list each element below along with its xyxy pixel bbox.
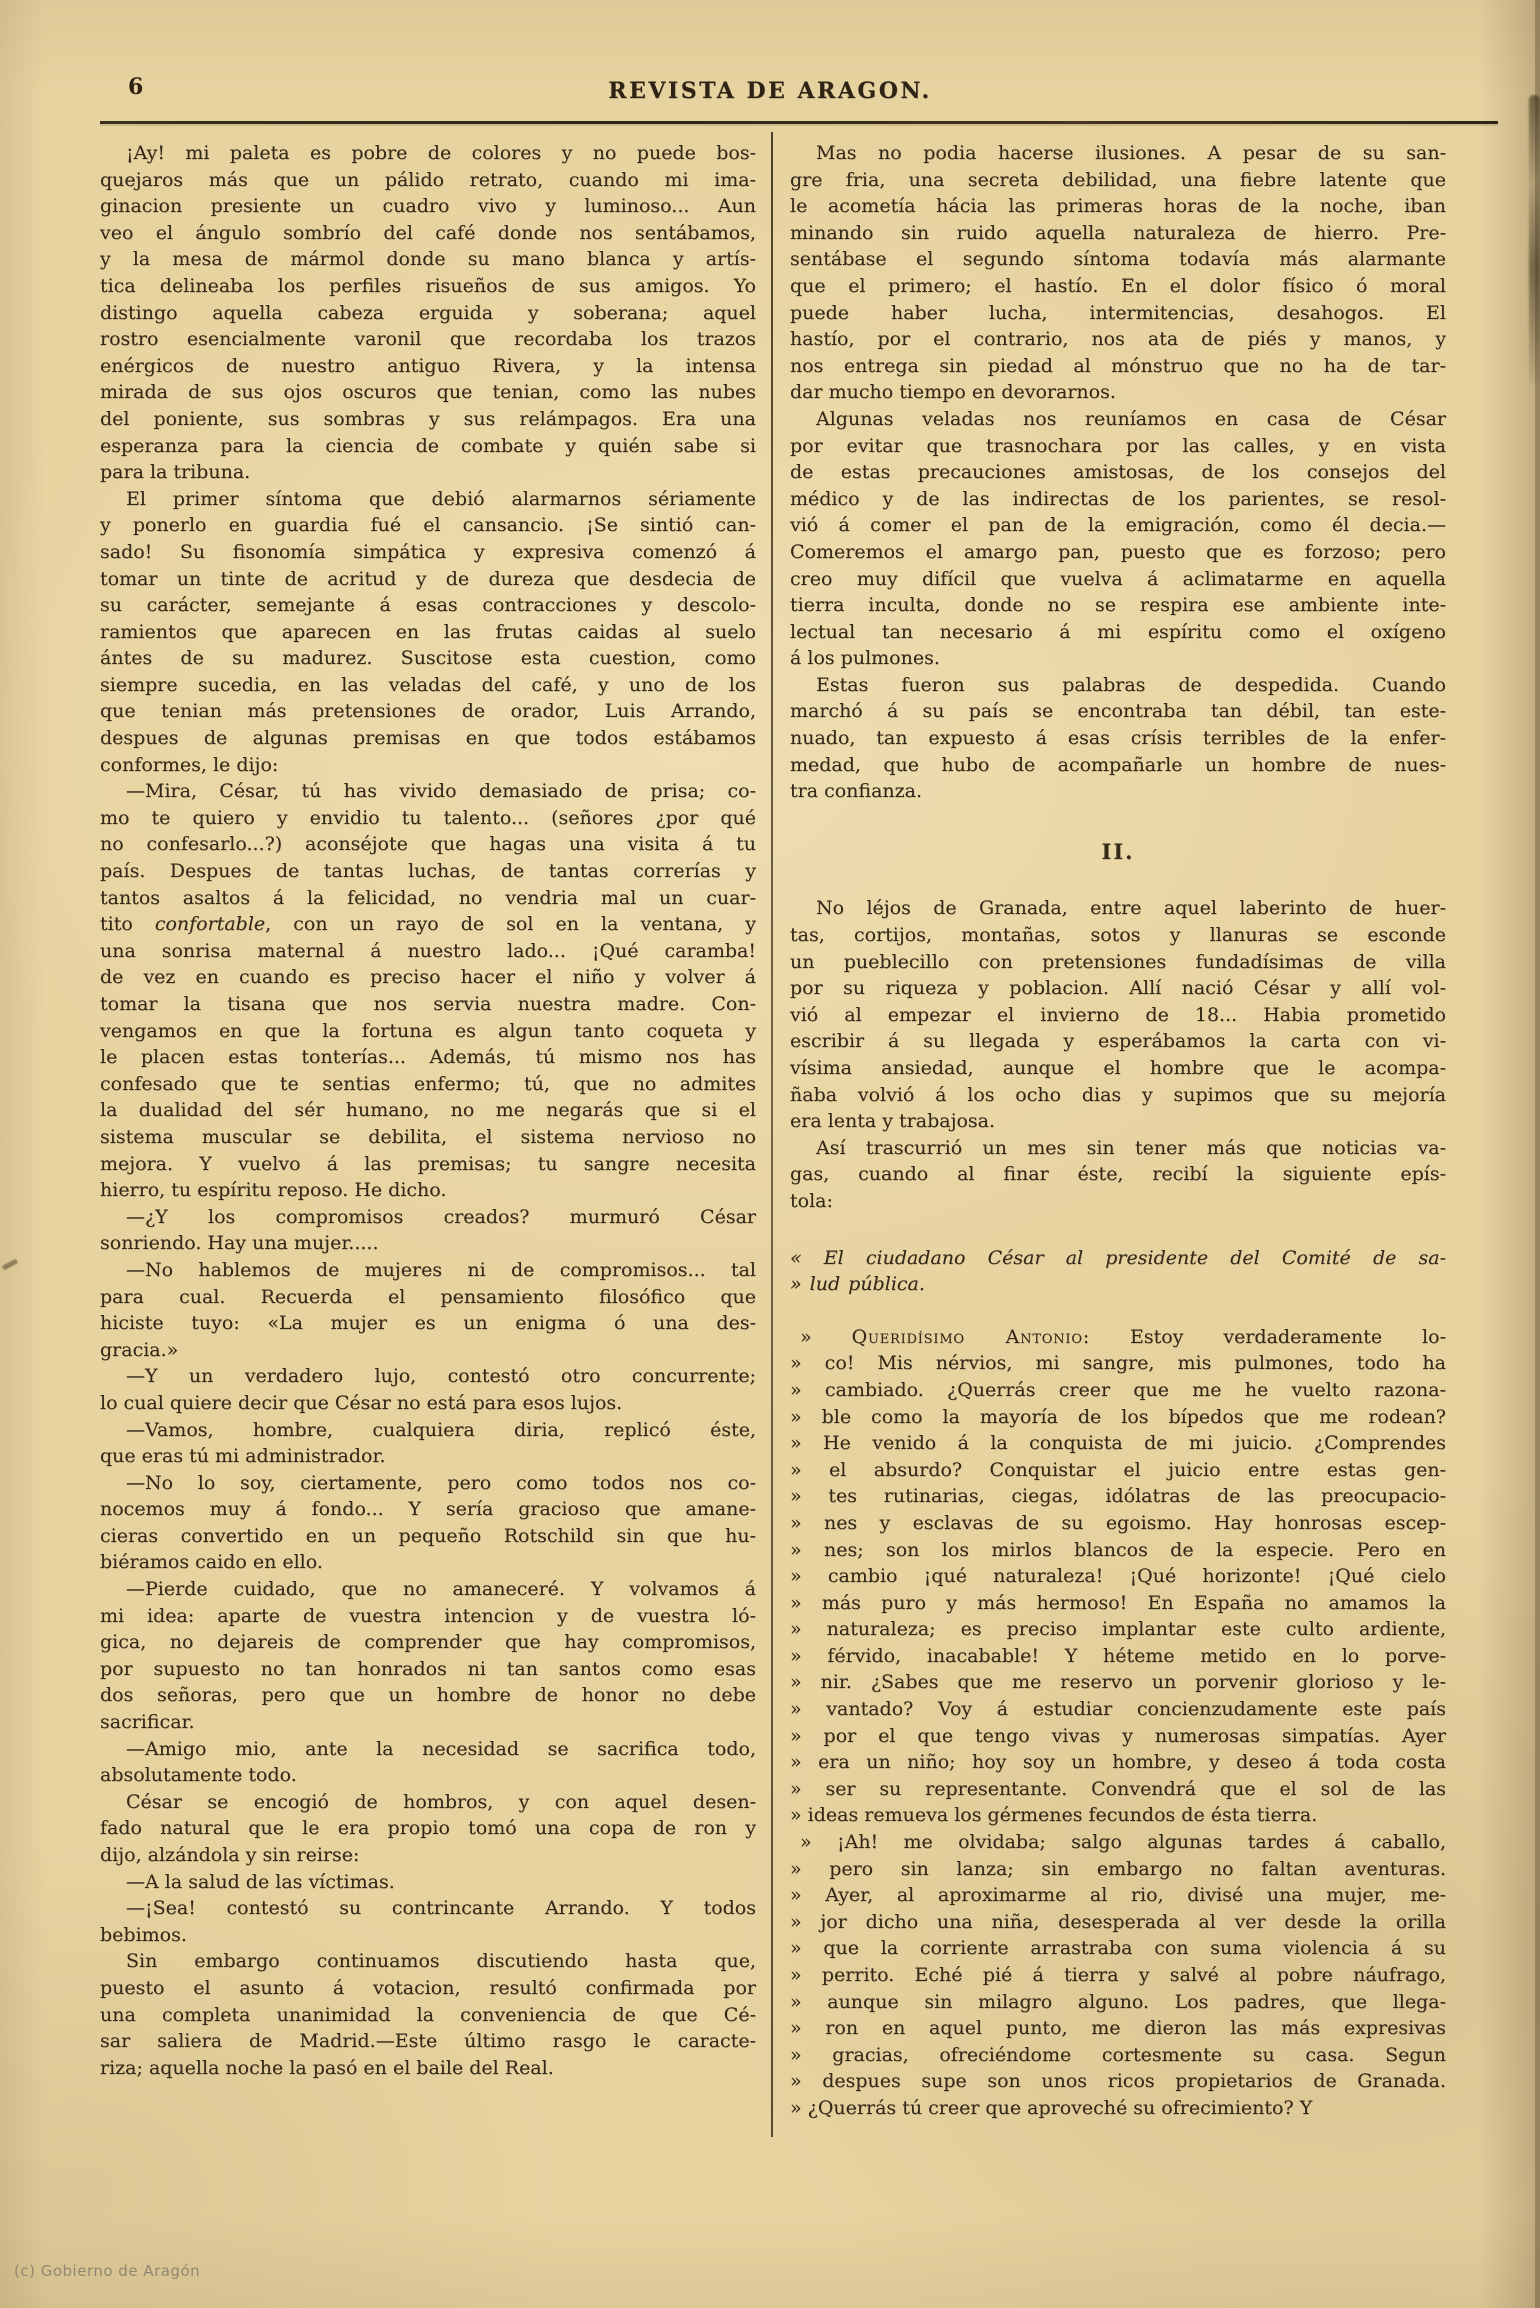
text-line: rostro esencialmente varonil que recorda… — [100, 326, 756, 353]
text-line: una sonrisa maternal á nuestro lado... ¡… — [100, 938, 756, 965]
text-line: ántes de su madurez. Suscitose esta cues… — [100, 645, 756, 672]
paragraph: Mas no podia hacerse ilusiones. A pesar … — [790, 140, 1446, 406]
text-line: gre fria, una secreta debilidad, una fie… — [790, 167, 1446, 194]
text-line: para la tribuna. — [100, 459, 756, 486]
paragraph: César se encogió de hombros, y con aquel… — [100, 1789, 756, 1869]
text-line: sonriendo. Hay una mujer..... — [100, 1230, 756, 1257]
text-line: sado! Su fisonomía simpática y expresiva… — [100, 539, 756, 566]
text-line: una completa unanimidad la conveniencia … — [100, 2002, 756, 2029]
text-line: mo te quiero y envidio tu talento... (se… — [100, 805, 756, 832]
page-number: 6 — [128, 74, 144, 100]
paragraph: Así trascurrió un mes sin tener más que … — [790, 1135, 1446, 1215]
text-line: » ron en aquel punto, me dieron las más … — [790, 2015, 1446, 2042]
text-line: y la mesa de mármol donde su mano blanca… — [100, 246, 756, 273]
paragraph: » Queridísimo Antonio: Estoy verdaderame… — [790, 1324, 1446, 1829]
copyright-watermark: (c) Gobierno de Aragón — [14, 2262, 200, 2280]
text-line: tola: — [790, 1188, 1446, 1215]
text-line: riza; aquella noche la pasó en el baile … — [100, 2055, 756, 2082]
text-line: » Queridísimo Antonio: Estoy verdaderame… — [790, 1324, 1446, 1351]
text-line: biéramos caido en ello. — [100, 1549, 756, 1576]
text-line: » tes rutinarias, ciegas, idólatras de l… — [790, 1483, 1446, 1510]
text-line: César se encogió de hombros, y con aquel… — [100, 1789, 756, 1816]
text-line: cieras convertido en un pequeño Rotschil… — [100, 1523, 756, 1550]
text-line: Estas fueron sus palabras de despedida. … — [790, 672, 1446, 699]
text-line: » lud pública. — [790, 1271, 1446, 1298]
text-line: esperanza para la ciencia de combate y q… — [100, 433, 756, 460]
text-line: lectual tan necesario á mi espíritu como… — [790, 619, 1446, 646]
text-line: puede haber lucha, intermitencias, desah… — [790, 300, 1446, 327]
text-line: vísima ansiedad, aunque el hombre que le… — [790, 1055, 1446, 1082]
text-line: —Mira, César, tú has vivido demasiado de… — [100, 778, 756, 805]
text-line: » por el que tengo vivas y numerosas sim… — [790, 1723, 1446, 1750]
text-line: absolutamente todo. — [100, 1762, 756, 1789]
text-line: lo cual quiere decir que César no está p… — [100, 1390, 756, 1417]
text-line: » el absurdo? Conquistar el juicio entre… — [790, 1457, 1446, 1484]
text-line: » He venido á la conquista de mi juicio.… — [790, 1430, 1446, 1457]
text-line: » despues supe son unos ricos propietari… — [790, 2068, 1446, 2095]
text-line: » cambiado. ¿Querrás creer que me he vue… — [790, 1377, 1446, 1404]
paragraph: —Amigo mio, ante la necesidad se sacrifi… — [100, 1736, 756, 1789]
paragraph: —Mira, César, tú has vivido demasiado de… — [100, 778, 756, 1204]
text-line: —Pierde cuidado, que no amaneceré. Y vol… — [100, 1576, 756, 1603]
paragraph: » ¡Ah! me olvidaba; salgo algunas tardes… — [790, 1829, 1446, 2122]
text-line: despues de algunas premisas en que todos… — [100, 725, 756, 752]
text-line: confesado que te sentias enfermo; tú, qu… — [100, 1071, 756, 1098]
paragraph: —¡Sea! contestó su contrincante Arrando.… — [100, 1895, 756, 1948]
text-line: » gracias, ofreciéndome cortesmente su c… — [790, 2042, 1446, 2069]
text-line: Comeremos el amargo pan, puesto que es f… — [790, 539, 1446, 566]
paragraph: Algunas veladas nos reuníamos en casa de… — [790, 406, 1446, 672]
text-line: hiciste tuyo: «La mujer es un enigma ó u… — [100, 1310, 756, 1337]
text-line: » Ayer, al aproximarme al rio, divisé un… — [790, 1882, 1446, 1909]
text-line: su carácter, semejante á esas contraccio… — [100, 592, 756, 619]
text-line: » jor dicho una niña, desesperada al ver… — [790, 1909, 1446, 1936]
text-line: » nir. ¿Sabes que me reservo un porvenir… — [790, 1669, 1446, 1696]
text-line: —¡Sea! contestó su contrincante Arrando.… — [100, 1895, 756, 1922]
paragraph: ¡Ay! mi paleta es pobre de colores y no … — [100, 140, 756, 486]
text-line: El primer síntoma que debió alarmarnos s… — [100, 486, 756, 513]
text-line: II. — [790, 839, 1446, 866]
text-line: » perrito. Eché pié á tierra y salvé al … — [790, 1962, 1446, 1989]
text-line: vió á comer el pan de la emigración, com… — [790, 512, 1446, 539]
text-line: gica, no dejareis de comprender que hay … — [100, 1629, 756, 1656]
epistle-heading: « El ciudadano César al presidente del C… — [790, 1245, 1446, 1298]
text-line: hierro, tu espíritu reposo. He dicho. — [100, 1177, 756, 1204]
paragraph: —Y un verdadero lujo, contestó otro conc… — [100, 1363, 756, 1416]
text-line: » que la corriente arrastraba con suma v… — [790, 1935, 1446, 1962]
text-line: para cual. Recuerda el pensamiento filos… — [100, 1284, 756, 1311]
scan-edge-artifact — [1529, 95, 1540, 385]
text-line: por supuesto no tan honrados ni tan sant… — [100, 1656, 756, 1683]
paragraph: Estas fueron sus palabras de despedida. … — [790, 672, 1446, 805]
paragraph: No léjos de Granada, entre aquel laberin… — [790, 895, 1446, 1134]
text-line: gracia.» — [100, 1337, 756, 1364]
text-line: tierra inculta, donde no se respira ese … — [790, 592, 1446, 619]
text-line: conformes, le dijo: — [100, 752, 756, 779]
text-line: la dualidad del sér humano, no me negará… — [100, 1097, 756, 1124]
text-line: distingo aquella cabeza erguida y sobera… — [100, 300, 756, 327]
text-line: » vantado? Voy á estudiar concienzudamen… — [790, 1696, 1446, 1723]
text-line: » pero sin lanza; sin embargo no faltan … — [790, 1856, 1446, 1883]
text-line: » ble como la mayoría de los bípedos que… — [790, 1404, 1446, 1431]
text-line: quejaros más que un pálido retrato, cuan… — [100, 167, 756, 194]
text-line: gas, cuando al finar éste, recibí la sig… — [790, 1161, 1446, 1188]
text-line: Así trascurrió un mes sin tener más que … — [790, 1135, 1446, 1162]
text-line: siempre sucedia, en las veladas del café… — [100, 672, 756, 699]
paragraph: —¿Y los compromisos creados? murmuró Cés… — [100, 1204, 756, 1257]
text-columns: ¡Ay! mi paleta es pobre de colores y no … — [100, 140, 1446, 2122]
text-line: á los pulmones. — [790, 645, 1446, 672]
text-line: —¿Y los compromisos creados? murmuró Cés… — [100, 1204, 756, 1231]
text-line: por evitar que trasnochara por las calle… — [790, 433, 1446, 460]
text-line: bebimos. — [100, 1922, 756, 1949]
text-line: nos entrega sin piedad al mónstruo que n… — [790, 353, 1446, 380]
text-line: —Y un verdadero lujo, contestó otro conc… — [100, 1363, 756, 1390]
paragraph: Sin embargo continuamos discutiendo hast… — [100, 1948, 756, 2081]
text-line: que eras tú mi administrador. — [100, 1443, 756, 1470]
text-line: era lenta y trabajosa. — [790, 1108, 1446, 1135]
text-line: un pueblecillo con pretensiones fundadís… — [790, 949, 1446, 976]
text-line: —No lo soy, ciertamente, pero como todos… — [100, 1470, 756, 1497]
text-line: » naturaleza; es preciso implantar este … — [790, 1616, 1446, 1643]
text-line: tantos asaltos á la felicidad, no vendri… — [100, 885, 756, 912]
text-line: » férvido, inacabable! Y héteme metido e… — [790, 1643, 1446, 1670]
text-line: vengamos en que la fortuna es algun tant… — [100, 1018, 756, 1045]
paragraph: —Vamos, hombre, cualquiera diria, replic… — [100, 1417, 756, 1470]
text-line: tica delineaba los perfiles risueños de … — [100, 273, 756, 300]
text-line: y ponerlo en guardia fué el cansancio. ¡… — [100, 512, 756, 539]
text-line: ñaba volvió á los ocho dias y supimos qu… — [790, 1082, 1446, 1109]
scanned-page: 6 REVISTA DE ARAGON. ¡Ay! mi paleta es p… — [0, 0, 1540, 2308]
text-line: sar saliera de Madrid.—Este último rasgo… — [100, 2028, 756, 2055]
text-line: —Vamos, hombre, cualquiera diria, replic… — [100, 1417, 756, 1444]
text-line: hastío, por el contrario, nos ata de pié… — [790, 326, 1446, 353]
text-line: sacrificar. — [100, 1709, 756, 1736]
text-line: que tenian más pretensiones de orador, L… — [100, 698, 756, 725]
text-line: « El ciudadano César al presidente del C… — [790, 1245, 1446, 1272]
text-line: médico y de las indirectas de los parien… — [790, 486, 1446, 513]
text-line: Sin embargo continuamos discutiendo hast… — [100, 1948, 756, 1975]
text-line: le acometía hácia las primeras horas de … — [790, 193, 1446, 220]
text-line: Algunas veladas nos reuníamos en casa de… — [790, 406, 1446, 433]
chapter-heading: II. — [790, 839, 1446, 866]
text-line: de estas precauciones amistosas, de los … — [790, 459, 1446, 486]
text-line: fado natural que le era propio tomó una … — [100, 1815, 756, 1842]
scan-speck — [2, 1259, 18, 1271]
text-line: tito confortable, con un rayo de sol en … — [100, 911, 756, 938]
text-line: país. Despues de tantas luchas, de tanta… — [100, 858, 756, 885]
text-line: dos señoras, pero que un hombre de honor… — [100, 1682, 756, 1709]
text-line: » nes; son los mirlos blancos de la espe… — [790, 1537, 1446, 1564]
text-line: sentábase el segundo síntoma todavía más… — [790, 246, 1446, 273]
text-line: —A la salud de las víctimas. — [100, 1869, 756, 1896]
journal-title: REVISTA DE ARAGON. — [608, 78, 931, 104]
text-line: mejora. Y vuelvo á las premisas; tu sang… — [100, 1151, 756, 1178]
text-line: creo muy difícil que vuelva á aclimatarm… — [790, 566, 1446, 593]
text-line: » más puro y más hermoso! En España no a… — [790, 1590, 1446, 1617]
text-line: » nes y esclavas de su egoismo. Hay honr… — [790, 1510, 1446, 1537]
text-line: tomar la tisana que nos servia nuestra m… — [100, 991, 756, 1018]
text-line: tomar un tinte de acritud y de dureza qu… — [100, 566, 756, 593]
text-line: dar mucho tiempo en devorarnos. — [790, 379, 1446, 406]
text-line: » co! Mis nérvios, mi sangre, mis pulmon… — [790, 1350, 1446, 1377]
text-line: mi idea: aparte de vuestra intencion y d… — [100, 1603, 756, 1630]
text-line: » aunque sin milagro alguno. Los padres,… — [790, 1989, 1446, 2016]
header-rule — [100, 121, 1498, 124]
text-line: que el primero; el hastío. En el dolor f… — [790, 273, 1446, 300]
text-line: escribir á su llegada y esperábamos la c… — [790, 1028, 1446, 1055]
paragraph: —No hablemos de mujeres ni de compromiso… — [100, 1257, 756, 1363]
text-line: ¡Ay! mi paleta es pobre de colores y no … — [100, 140, 756, 167]
right-column: Mas no podia hacerse ilusiones. A pesar … — [790, 140, 1446, 2122]
text-line: sistema muscular se debilita, el sistema… — [100, 1124, 756, 1151]
text-line: mirada de sus ojos oscuros que tenian, c… — [100, 379, 756, 406]
text-line: ramientos que aparecen en las frutas cai… — [100, 619, 756, 646]
text-line: Mas no podia hacerse ilusiones. A pesar … — [790, 140, 1446, 167]
text-line: marchó á su país se encontraba tan débil… — [790, 698, 1446, 725]
text-line: nocemos muy á fondo... Y sería gracioso … — [100, 1496, 756, 1523]
left-column: ¡Ay! mi paleta es pobre de colores y no … — [100, 140, 756, 2122]
text-line: medad, que hubo de acompañarle un hombre… — [790, 752, 1446, 779]
text-line: minando sin ruido aquella naturaleza de … — [790, 220, 1446, 247]
paragraph: —Pierde cuidado, que no amaneceré. Y vol… — [100, 1576, 756, 1736]
text-line: no confesarlo...?) aconséjote que hagas … — [100, 831, 756, 858]
text-line: ginacion presiente un cuadro vivo y lumi… — [100, 193, 756, 220]
text-line: » cambio ¡qué naturaleza! ¡Qué horizonte… — [790, 1563, 1446, 1590]
text-line: le placen estas tonterías... Además, tú … — [100, 1044, 756, 1071]
text-line: puesto el asunto á votacion, resultó con… — [100, 1975, 756, 2002]
text-line: del poniente, sus sombras y sus relámpag… — [100, 406, 756, 433]
text-line: » ser su representante. Convendrá que el… — [790, 1776, 1446, 1803]
text-line: por su riqueza y poblacion. Allí nació C… — [790, 975, 1446, 1002]
paragraph: —A la salud de las víctimas. — [100, 1869, 756, 1896]
text-line: enérgicos de nuestro antiguo Rivera, y l… — [100, 353, 756, 380]
text-line: de vez en cuando es preciso hacer el niñ… — [100, 964, 756, 991]
text-line: No léjos de Granada, entre aquel laberin… — [790, 895, 1446, 922]
paragraph: —No lo soy, ciertamente, pero como todos… — [100, 1470, 756, 1576]
text-line: —No hablemos de mujeres ni de compromiso… — [100, 1257, 756, 1284]
text-line: vió al empezar el invierno de 18... Habi… — [790, 1002, 1446, 1029]
text-line: » ideas remueva los gérmenes fecundos de… — [790, 1802, 1446, 1829]
text-line: veo el ángulo sombrío del café donde nos… — [100, 220, 756, 247]
text-line: » ¿Querrás tú creer que aproveché su ofr… — [790, 2095, 1446, 2122]
text-line: dijo, alzándola y sin reirse: — [100, 1842, 756, 1869]
text-line: nuado, tan expuesto á esas crísis terrib… — [790, 725, 1446, 752]
text-line: » ¡Ah! me olvidaba; salgo algunas tardes… — [790, 1829, 1446, 1856]
paragraph: El primer síntoma que debió alarmarnos s… — [100, 486, 756, 779]
text-line: —Amigo mio, ante la necesidad se sacrifi… — [100, 1736, 756, 1763]
text-line: tas, cortijos, montañas, sotos y llanura… — [790, 922, 1446, 949]
text-line: » era un niño; hoy soy un hombre, y dese… — [790, 1749, 1446, 1776]
text-line: tra confianza. — [790, 778, 1446, 805]
